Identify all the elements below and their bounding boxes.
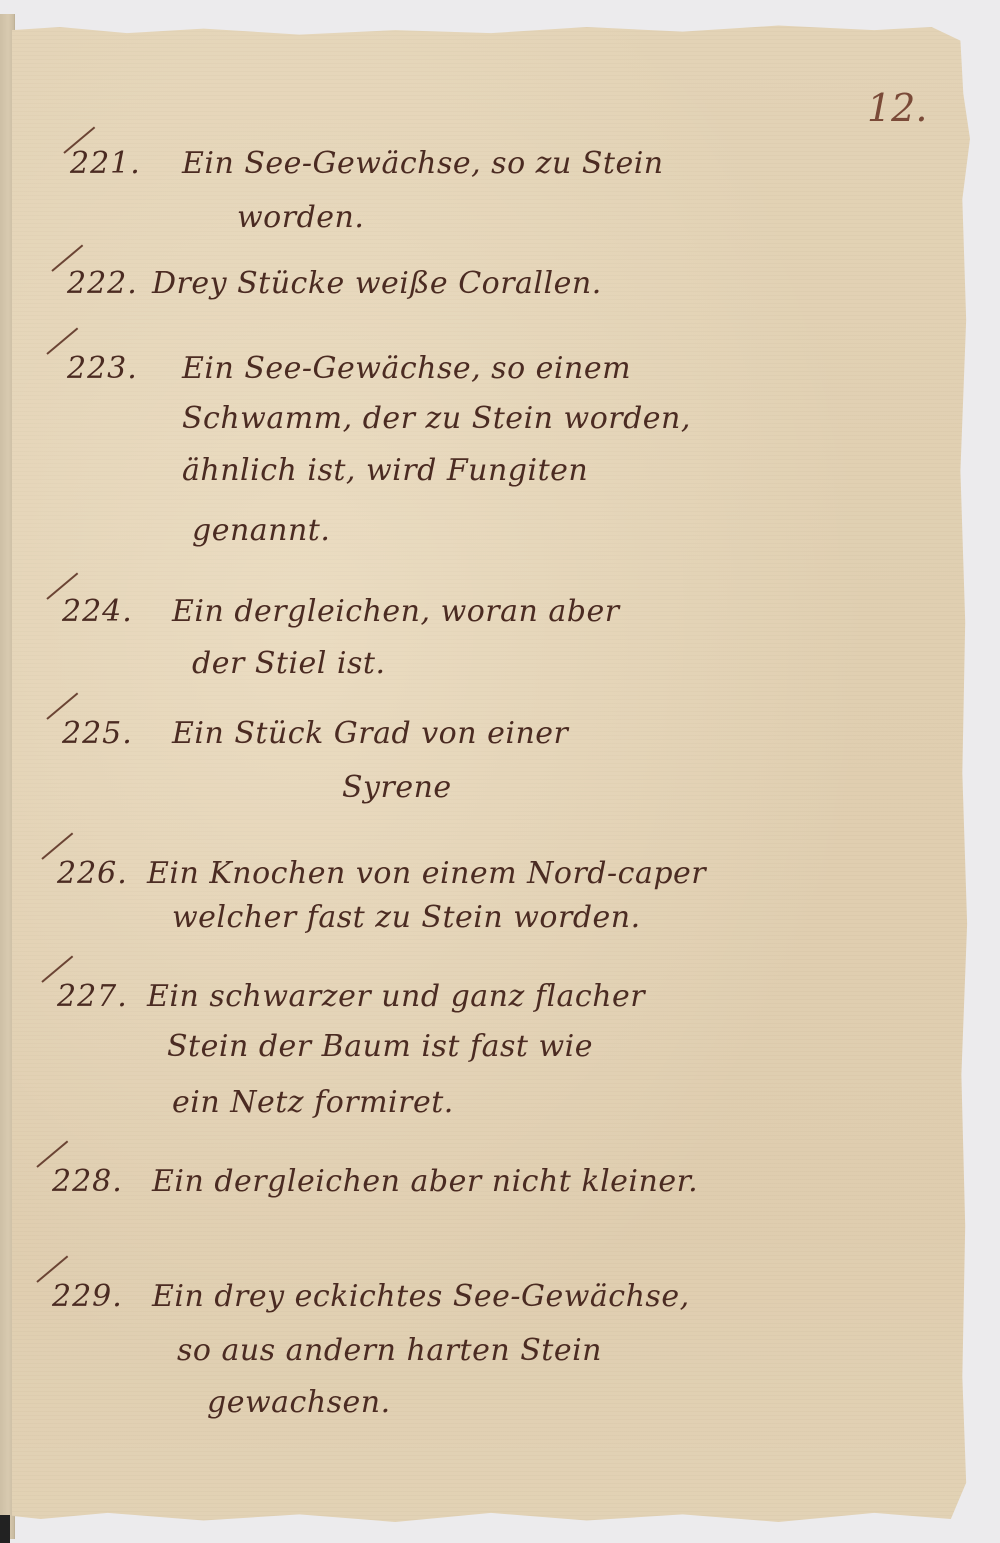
entry-text-line: Ein See-Gewächse, so zu Stein [182, 146, 664, 181]
entry-text-line: Ein See-Gewächse, so einem [182, 351, 631, 386]
entry-text-line: Ein drey eckichtes See-Gewächse, [152, 1279, 690, 1314]
manuscript-page: 12. 221. Ein See-Gewächse, so zu Stein w… [12, 18, 970, 1528]
entry-number: 225. [62, 716, 133, 751]
entry-text-line: Drey Stücke weiße Corallen. [152, 266, 602, 301]
entry-text-line: der Stiel ist. [192, 646, 386, 681]
entry-text-line: so aus andern harten Stein [177, 1333, 602, 1368]
entry-number: 222. [67, 266, 138, 301]
entry-number: 224. [62, 594, 133, 629]
entry-text-line: Ein Stück Grad von einer [172, 716, 568, 751]
manuscript-scan: 12. 221. Ein See-Gewächse, so zu Stein w… [0, 0, 1000, 1543]
entry-text-line: ein Netz formiret. [172, 1085, 454, 1120]
entry-text-line: Ein dergleichen, woran aber [172, 594, 620, 629]
entry-text-line: Schwamm, der zu Stein worden, [182, 401, 691, 436]
entry-number: 228. [52, 1164, 123, 1199]
entry-text-line: gewachsen. [207, 1385, 391, 1420]
entry-number: 229. [52, 1279, 123, 1314]
entry-number: 227. [57, 979, 128, 1014]
entry-text-line: Ein dergleichen aber nicht kleiner. [152, 1164, 698, 1199]
folio-number: 12. [867, 86, 927, 130]
entry-text-line: Ein Knochen von einem Nord-caper [147, 856, 706, 891]
entry-text-line: ähnlich ist, wird Fungiten [182, 453, 588, 488]
entry-number: 221. [70, 146, 141, 181]
entry-text-line: Syrene [342, 770, 452, 805]
entry-text-line: Ein schwarzer und ganz flacher [147, 979, 645, 1014]
binding-shadow [0, 1515, 10, 1543]
entry-number: 223. [67, 351, 138, 386]
entry-text-line: welcher fast zu Stein worden. [172, 900, 641, 935]
entry-number: 226. [57, 856, 128, 891]
entry-text-line: worden. [237, 200, 364, 235]
entry-text-line: genannt. [192, 513, 330, 548]
entry-text-line: Stein der Baum ist fast wie [167, 1029, 593, 1064]
